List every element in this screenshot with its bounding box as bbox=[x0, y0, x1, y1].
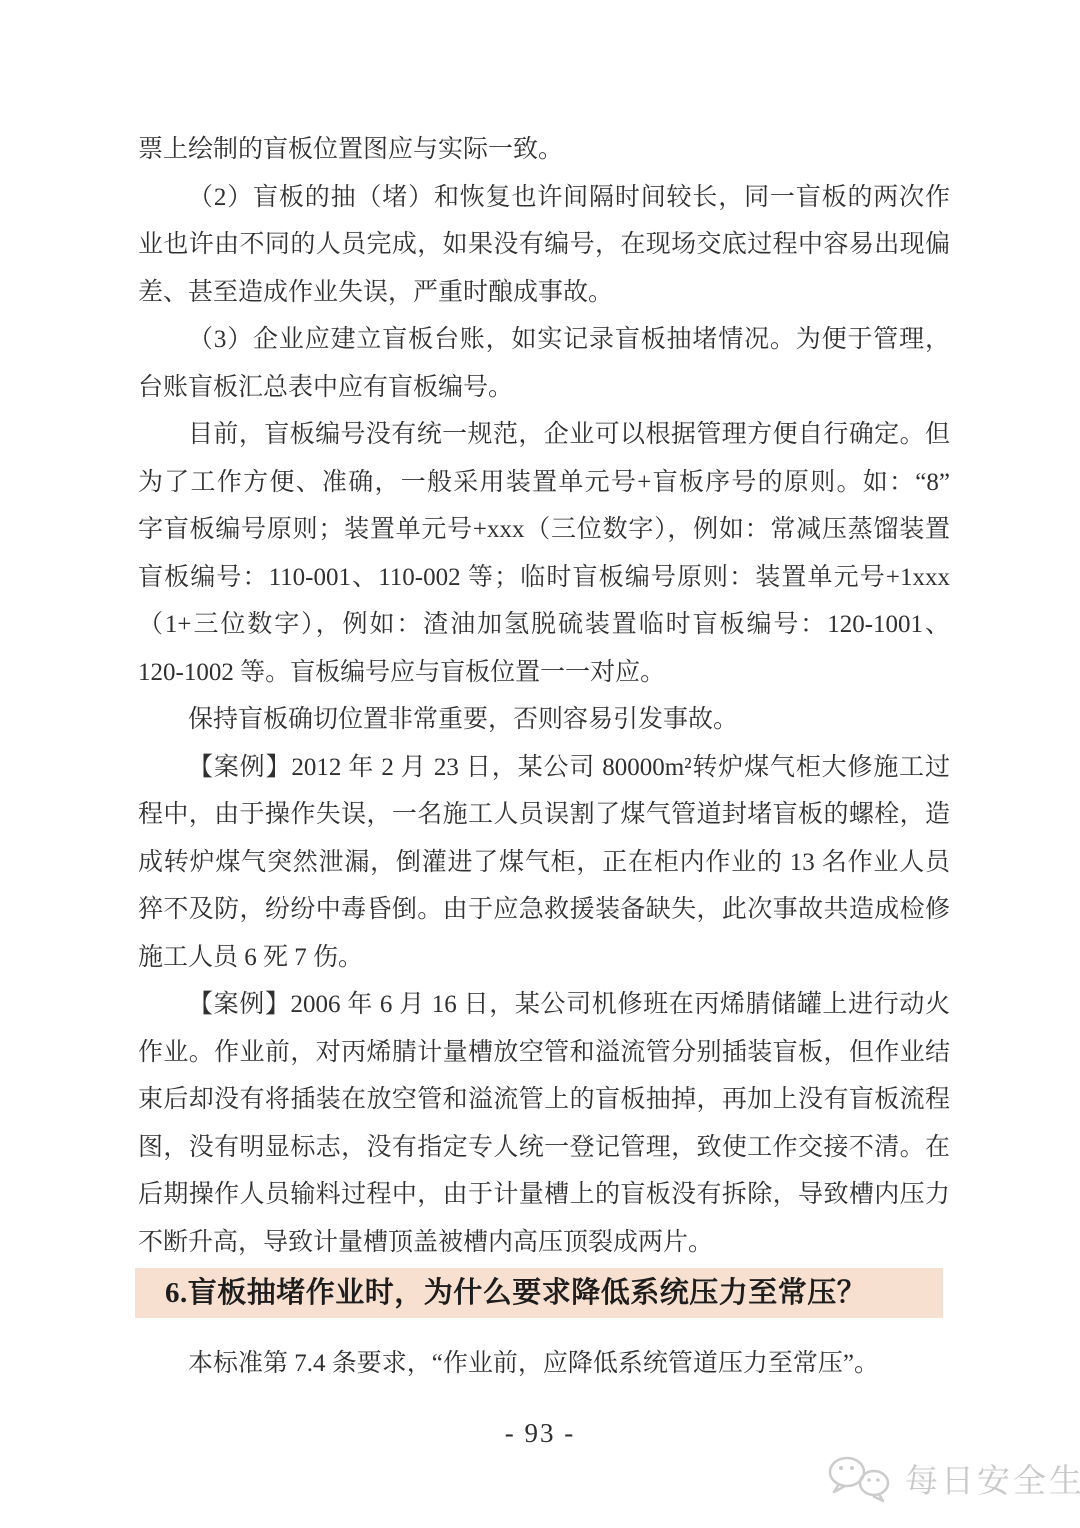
section-heading-band: 6.盲板抽堵作业时，为什么要求降低系统压力至常压？ bbox=[135, 1268, 943, 1318]
body-line: 120-1002 等。盲板编号应与盲板位置一一对应。 bbox=[138, 649, 950, 697]
body-line: 图，没有明显标志，没有指定专人统一登记管理，致使工作交接不清。在 bbox=[138, 1124, 950, 1172]
body-line: 【案例】2006 年 6 月 16 日，某公司机修班在丙烯腈储罐上进行动火 bbox=[138, 981, 950, 1029]
watermark: 每日安全生产 bbox=[825, 1452, 1080, 1504]
body-line: 票上绘制的盲板位置图应与实际一致。 bbox=[138, 126, 950, 174]
body-line: 不断升高，导致计量槽顶盖被槽内高压顶裂成两片。 bbox=[138, 1219, 950, 1267]
body-line: （1+三位数字），例如：渣油加氢脱硫装置临时盲板编号：120-1001、 bbox=[138, 601, 950, 649]
body-line: 施工人员 6 死 7 伤。 bbox=[138, 934, 950, 982]
body-line: 成转炉煤气突然泄漏，倒灌进了煤气柜，正在柜内作业的 13 名作业人员 bbox=[138, 839, 950, 887]
body-line: （3）企业应建立盲板台账，如实记录盲板抽堵情况。为便于管理， bbox=[138, 316, 950, 364]
body-line: 台账盲板汇总表中应有盲板编号。 bbox=[138, 364, 950, 412]
body-line: 目前，盲板编号没有统一规范，企业可以根据管理方便自行确定。但 bbox=[138, 411, 950, 459]
body-line: 保持盲板确切位置非常重要，否则容易引发事故。 bbox=[138, 696, 950, 744]
body-line: 作业。作业前，对丙烯腈计量槽放空管和溢流管分别插装盲板，但作业结 bbox=[138, 1029, 950, 1077]
document-page: 票上绘制的盲板位置图应与实际一致。 （2）盲板的抽（堵）和恢复也许间隔时间较长，… bbox=[0, 0, 1080, 1528]
body-line: 盲板编号：110-001、110-002 等；临时盲板编号原则：装置单元号+1x… bbox=[138, 554, 950, 602]
body-text-block: 票上绘制的盲板位置图应与实际一致。 （2）盲板的抽（堵）和恢复也许间隔时间较长，… bbox=[138, 126, 950, 1266]
body-line: 猝不及防，纷纷中毒昏倒。由于应急救援装备缺失，此次事故共造成检修 bbox=[138, 886, 950, 934]
body-line: 后期操作人员输料过程中，由于计量槽上的盲板没有拆除，导致槽内压力 bbox=[138, 1171, 950, 1219]
page-number: - 93 - bbox=[0, 1418, 1080, 1449]
wechat-bubbles-icon bbox=[825, 1452, 897, 1504]
body-line: （2）盲板的抽（堵）和恢复也许间隔时间较长，同一盲板的两次作 bbox=[138, 174, 950, 222]
body-line: 字盲板编号原则；装置单元号+xxx（三位数字），例如：常减压蒸馏装置 bbox=[138, 506, 950, 554]
watermark-label: 每日安全生产 bbox=[905, 1455, 1080, 1502]
body-line: 束后却没有将插装在放空管和溢流管上的盲板抽掉，再加上没有盲板流程 bbox=[138, 1076, 950, 1124]
closing-paragraph: 本标准第 7.4 条要求，“作业前，应降低系统管道压力至常压”。 bbox=[138, 1340, 950, 1388]
body-line: 业也许由不同的人员完成，如果没有编号，在现场交底过程中容易出现偏 bbox=[138, 221, 950, 269]
body-line: 【案例】2012 年 2 月 23 日，某公司 80000m²转炉煤气柜大修施工… bbox=[138, 744, 950, 792]
body-line: 程中，由于操作失误，一名施工人员误割了煤气管道封堵盲板的螺栓，造 bbox=[138, 791, 950, 839]
body-line: 为了工作方便、准确，一般采用装置单元号+盲板序号的原则。如：“8” bbox=[138, 459, 950, 507]
section-heading: 6.盲板抽堵作业时，为什么要求降低系统压力至常压？ bbox=[135, 1268, 943, 1318]
body-line: 差、甚至造成作业失误，严重时酿成事故。 bbox=[138, 269, 950, 317]
